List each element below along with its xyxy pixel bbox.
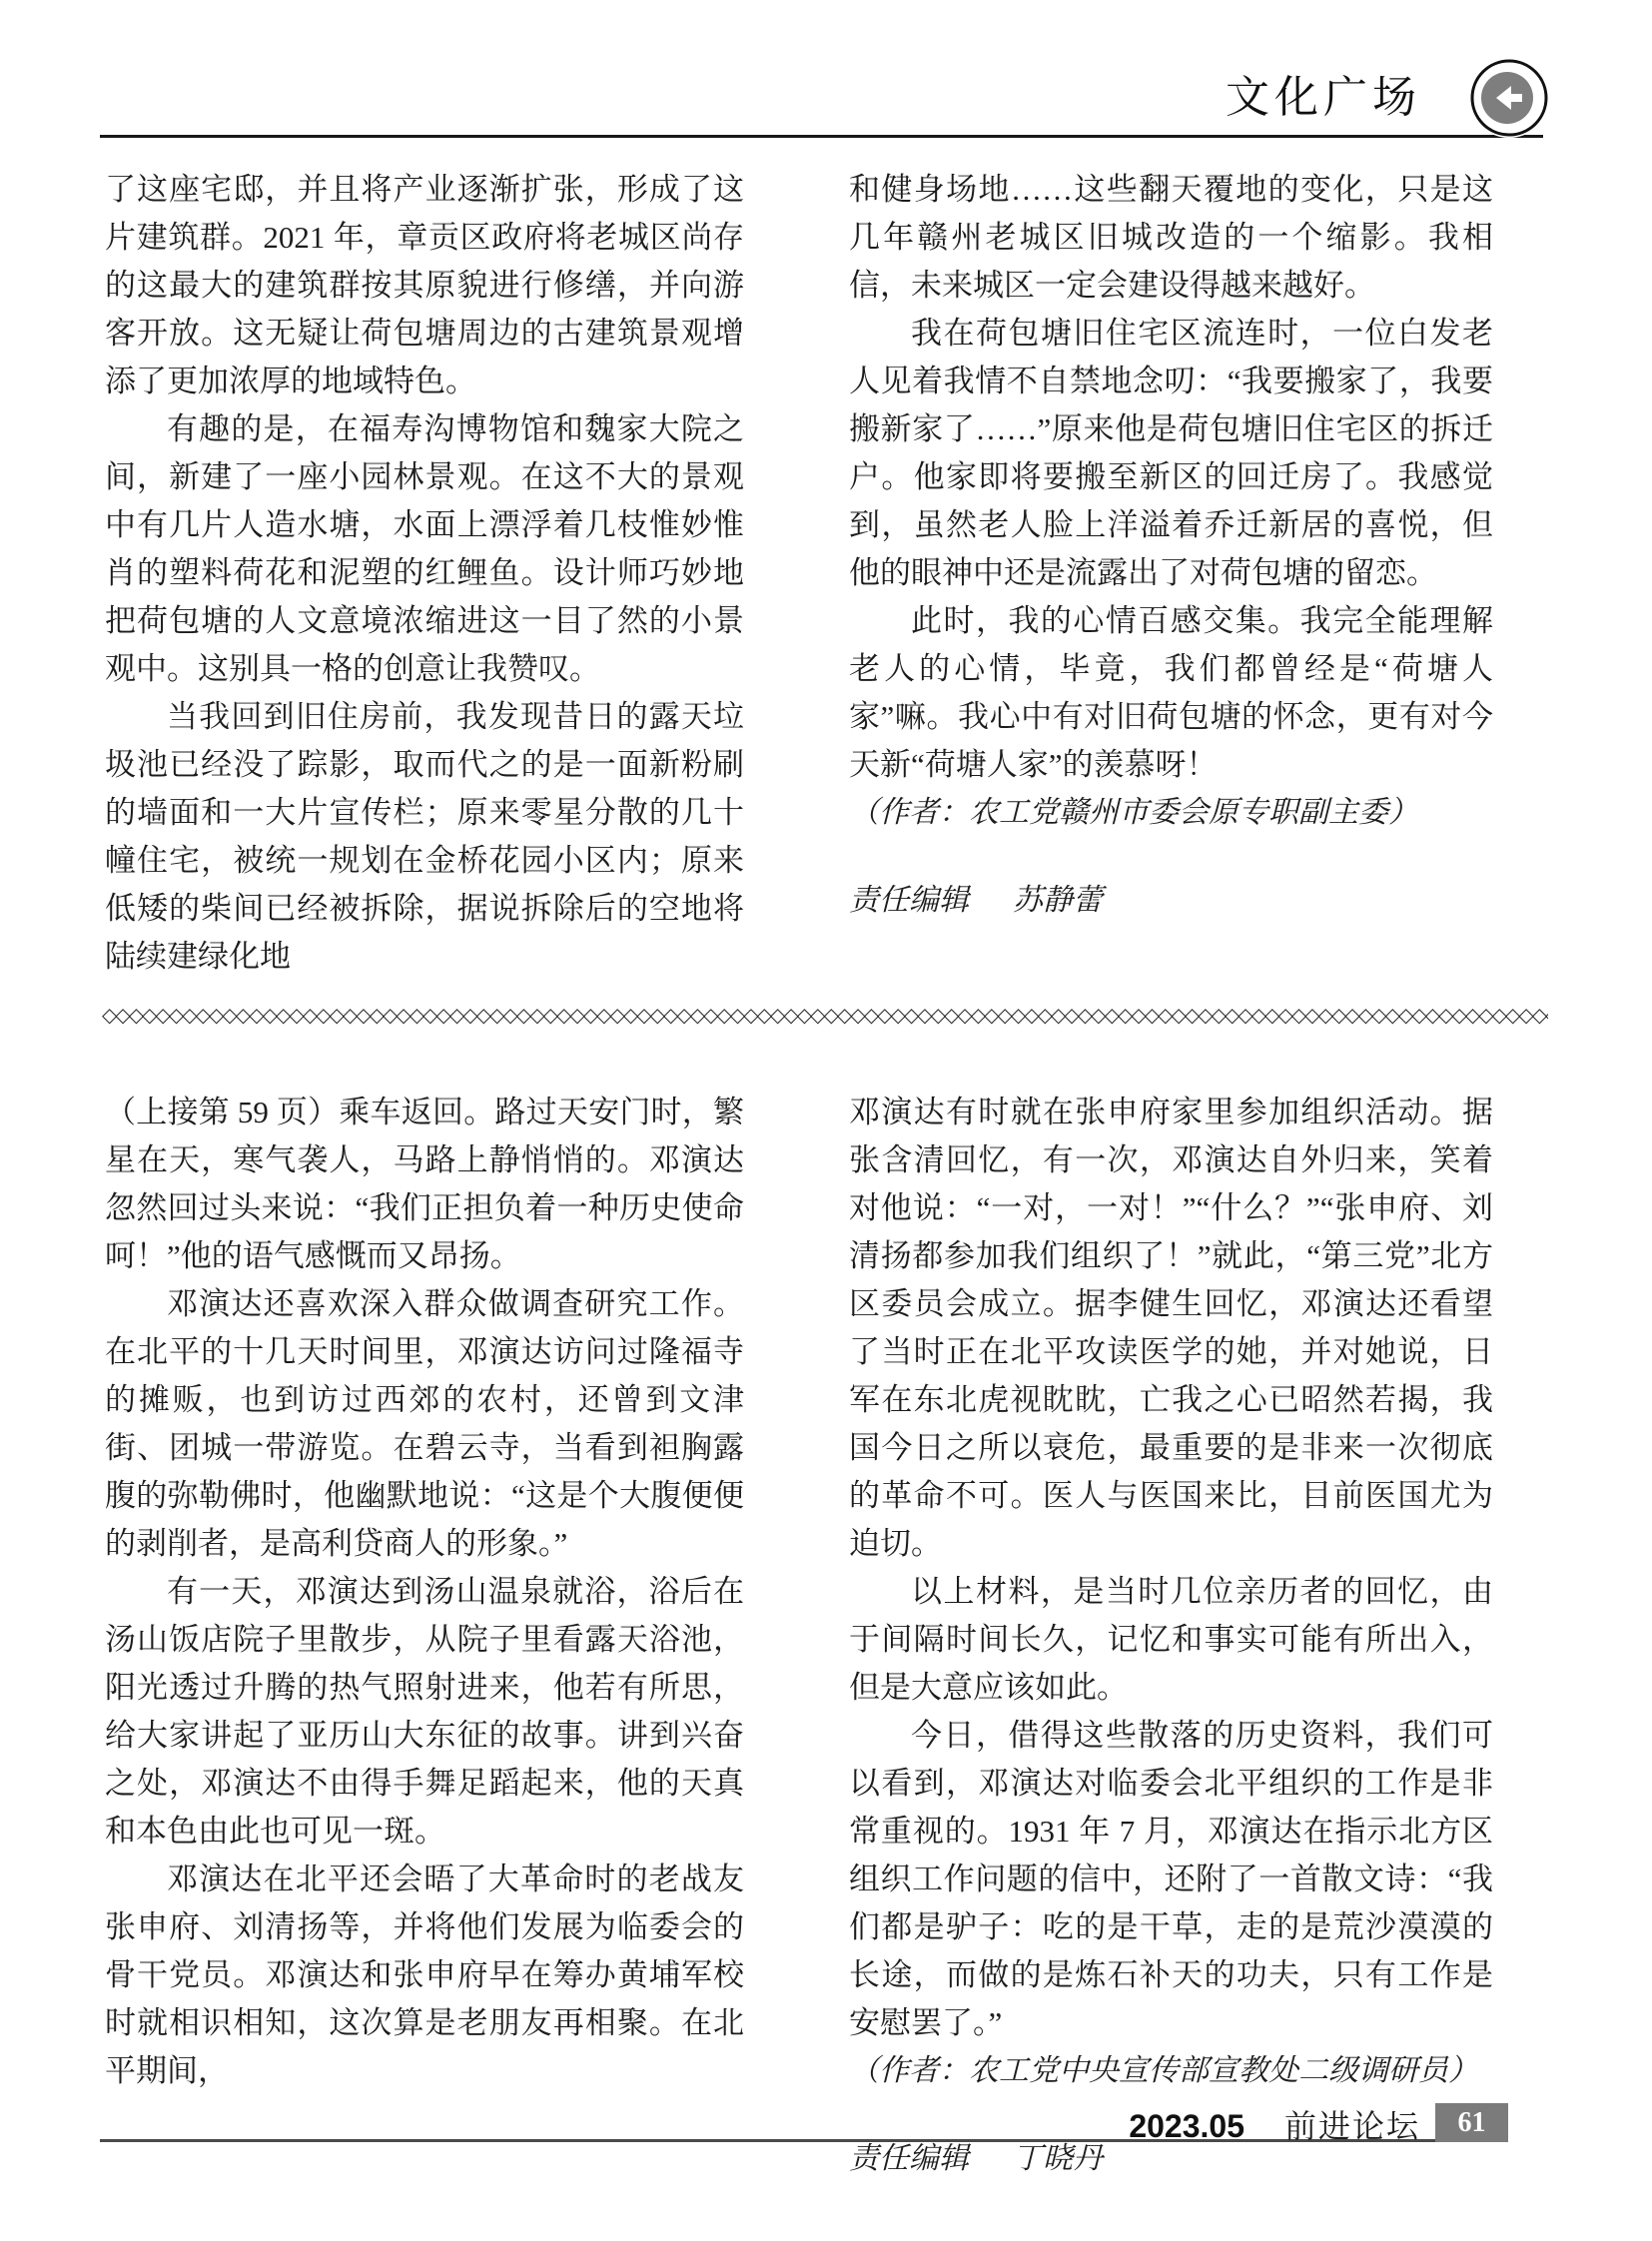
paragraph: （上接第 59 页）乘车返回。路过天安门时，繁星在天，寒气袭人，马路上静悄悄的。… (105, 1089, 744, 1280)
page-number-badge: 61 (1435, 2103, 1508, 2142)
paragraph: 有趣的是，在福寿沟博物馆和魏家大院之间，新建了一座小园林景观。在这不大的景观中有… (105, 405, 744, 693)
page-header: 文化广场 (100, 38, 1543, 138)
paragraph: 当我回到旧住房前，我发现昔日的露天垃圾池已经没了踪影，取而代之的是一面新粉刷的墙… (105, 693, 744, 981)
author-credit: （作者：农工党赣州市委会原专职副主委） (849, 789, 1493, 837)
article-top: 了这座宅邸，并且将产业逐渐扩张，形成了这片建筑群。2021 年，章贡区政府将老城… (105, 166, 1493, 981)
editor-credit: 责任编辑苏静蕾 (849, 877, 1493, 925)
paragraph: 我在荷包塘旧住宅区流连时，一位白发老人见着我情不自禁地念叨：“我要搬家了，我要搬… (849, 310, 1493, 597)
paragraph: 有一天，邓演达到汤山温泉就浴，浴后在汤山饭店院子里散步，从院子里看露天浴池，阳光… (105, 1568, 744, 1856)
paragraph: 和健身场地……这些翻天覆地的变化，只是这几年赣州老城区旧城改造的一个缩影。我相信… (849, 166, 1493, 310)
author-credit: （作者：农工党中央宣传部宣教处二级调研员） (849, 2047, 1493, 2095)
article-top-left-column: 了这座宅邸，并且将产业逐渐扩张，形成了这片建筑群。2021 年，章贡区政府将老城… (105, 166, 744, 981)
article-bottom: （上接第 59 页）乘车返回。路过天安门时，繁星在天，寒气袭人，马路上静悄悄的。… (105, 1089, 1493, 2183)
article-bottom-right-column: 邓演达有时就在张申府家里参加组织活动。据张含清回忆，有一次，邓演达自外归来，笑着… (849, 1089, 1493, 2183)
paragraph: 今日，借得这些散落的历史资料，我们可以看到，邓演达对临委会北平组织的工作是非常重… (849, 1712, 1493, 2047)
magazine-page: 文化广场 了这座宅邸，并且将产业逐渐扩张，形成了这片建筑群。2021 年，章贡区… (0, 0, 1652, 2241)
paragraph: 以上材料，是当时几位亲历者的回忆，由于间隔时间长久，记忆和事实可能有所出入，但是… (849, 1568, 1493, 1712)
paragraph: 邓演达在北平还会晤了大革命时的老战友张申府、刘清扬等，并将他们发展为临委会的骨干… (105, 1856, 744, 2095)
editor-label: 责任编辑 (849, 884, 969, 917)
article-bottom-left-column: （上接第 59 页）乘车返回。路过天安门时，繁星在天，寒气袭人，马路上静悄悄的。… (105, 1089, 744, 2183)
paragraph: 邓演达还喜欢深入群众做调查研究工作。在北平的十几天时间里，邓演达访问过隆福寺的摊… (105, 1280, 744, 1568)
paragraph: 此时，我的心情百感交集。我完全能理解老人的心情，毕竟，我们都曾经是“荷塘人家”嘛… (849, 597, 1493, 789)
issue-date: 2023.05 (1129, 2108, 1244, 2145)
editor-name: 苏静蕾 (1013, 884, 1103, 917)
section-divider: ◇◇◇◇◇◇◇◇◇◇◇◇◇◇◇◇◇◇◇◇◇◇◇◇◇◇◇◇◇◇◇◇◇◇◇◇◇◇◇◇… (102, 1003, 1548, 1031)
back-arrow-icon (1469, 58, 1549, 138)
paragraph: 邓演达有时就在张申府家里参加组织活动。据张含清回忆，有一次，邓演达自外归来，笑着… (849, 1089, 1493, 1568)
journal-name: 前进论坛 (1284, 2101, 1420, 2147)
article-top-right-column: 和健身场地……这些翻天覆地的变化，只是这几年赣州老城区旧城改造的一个缩影。我相信… (849, 166, 1493, 981)
paragraph: 了这座宅邸，并且将产业逐渐扩张，形成了这片建筑群。2021 年，章贡区政府将老城… (105, 166, 744, 405)
footer-text: 2023.05 前进论坛 (1129, 2101, 1420, 2147)
section-title: 文化广场 (1226, 61, 1421, 125)
page-footer: 2023.05 前进论坛 61 (100, 2097, 1508, 2147)
